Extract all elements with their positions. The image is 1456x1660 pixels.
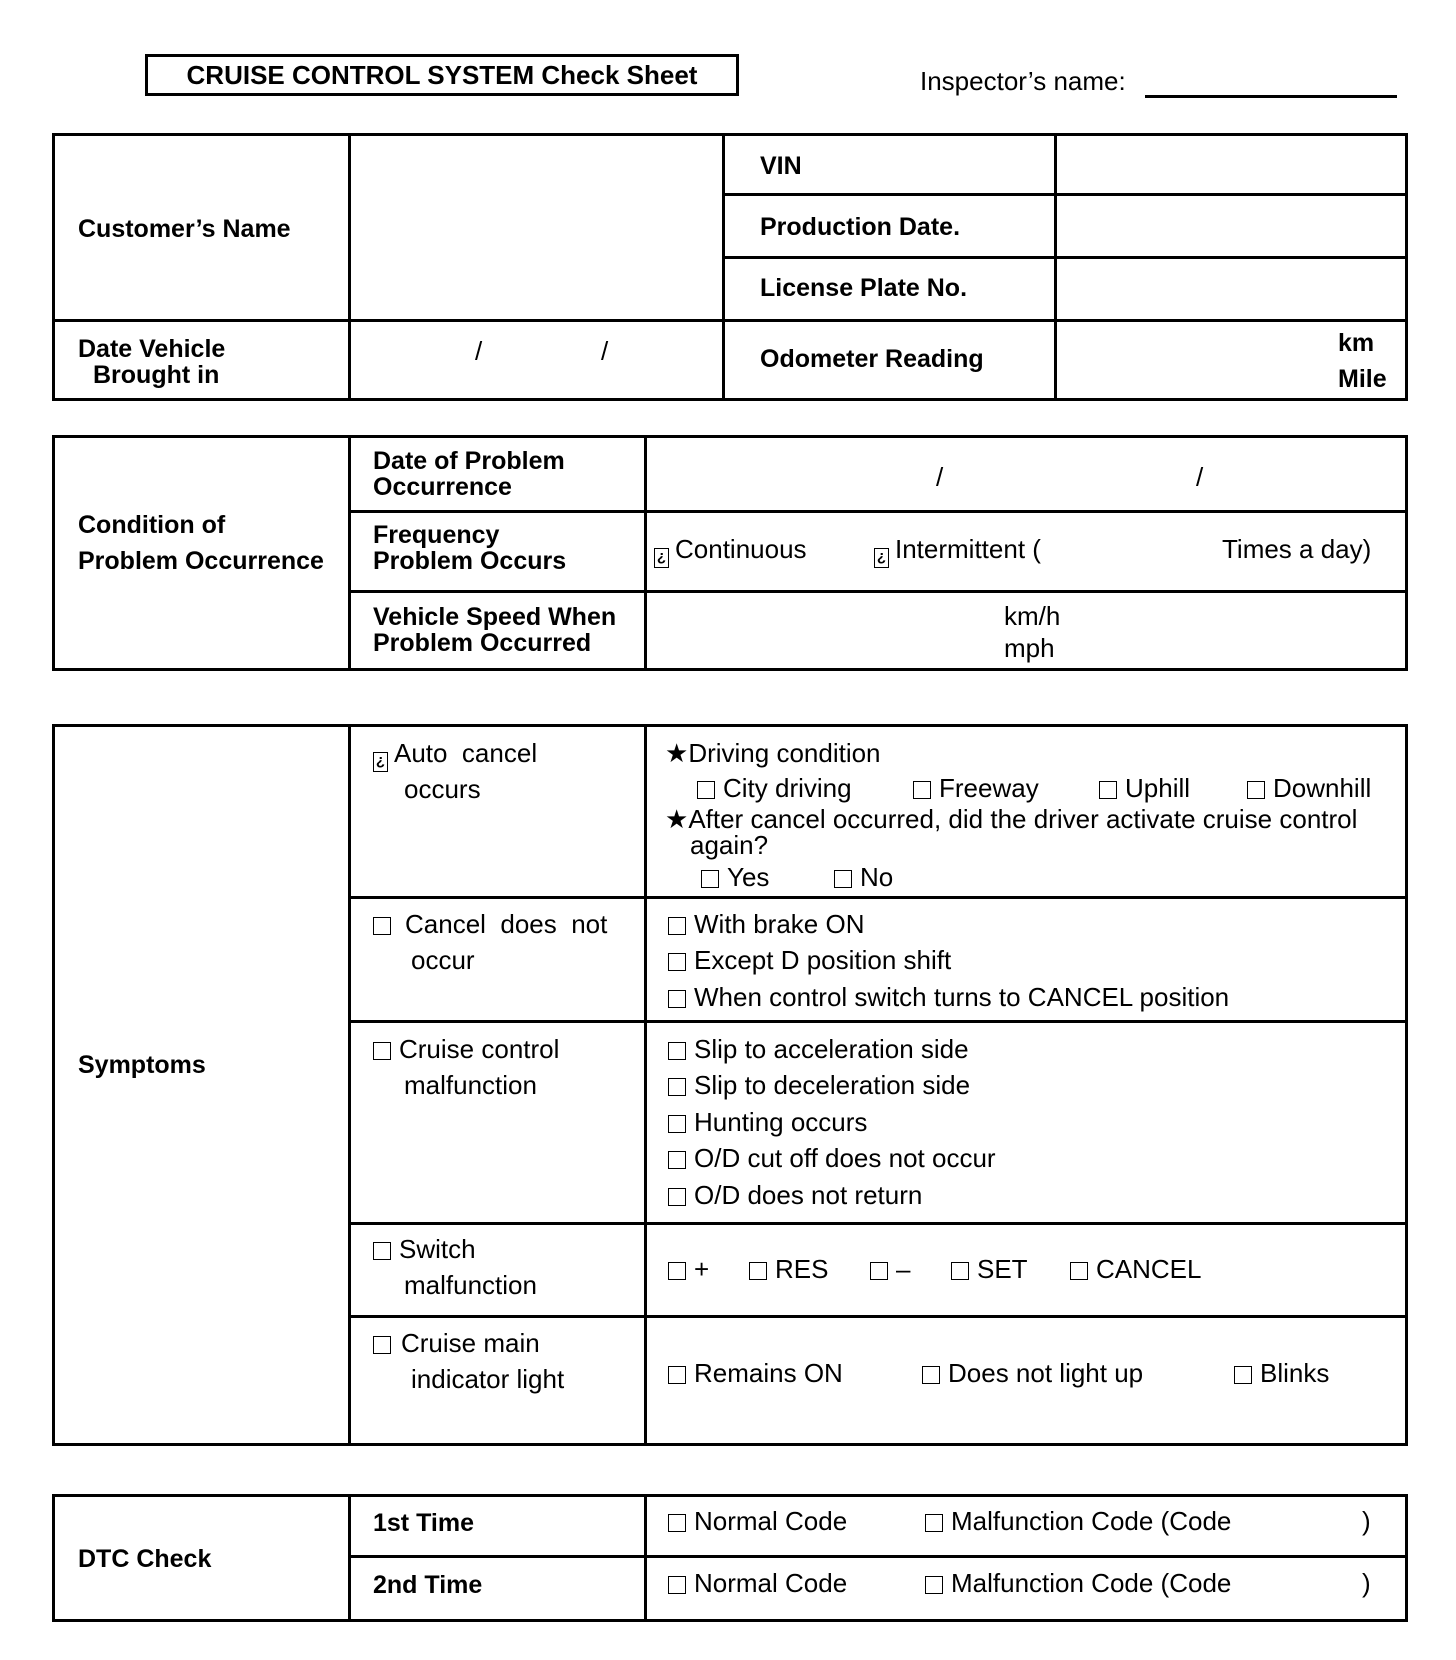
reactivate-question-line2: again? — [690, 830, 768, 860]
reactivate-option-yes[interactable]: Yes — [701, 862, 769, 892]
driving-option-freeway[interactable]: Freeway — [913, 773, 1039, 803]
date-separator: / — [475, 336, 482, 366]
symptom-cancel-not-occur-line2: occur — [411, 945, 475, 975]
frequency-option-continuous[interactable]: ¿Continuous — [654, 534, 807, 568]
dtc-second-malfunction[interactable]: Malfunction Code (Code — [925, 1568, 1231, 1598]
checkbox[interactable] — [668, 1151, 686, 1169]
checkbox[interactable]: ¿ — [874, 548, 889, 568]
checkbox[interactable] — [951, 1262, 969, 1280]
checkbox[interactable] — [668, 953, 686, 971]
condition-label-line2: Problem Occurrence — [78, 548, 324, 574]
malfunction-option[interactable]: O/D does not return — [668, 1180, 922, 1210]
symptom-cruise-malfunction[interactable]: Cruise control — [373, 1034, 559, 1064]
checkbox[interactable] — [697, 781, 715, 799]
problem-date-label-line2: Occurrence — [373, 474, 512, 500]
switch-option-res[interactable]: RES — [749, 1254, 828, 1284]
frequency-label-line2: Problem Occurs — [373, 548, 566, 574]
driving-condition-heading: ★Driving condition — [665, 738, 881, 768]
checkbox[interactable] — [925, 1514, 943, 1532]
checkbox[interactable] — [1070, 1262, 1088, 1280]
inspector-name-field[interactable] — [1145, 95, 1397, 98]
speed-label-line2: Problem Occurred — [373, 630, 591, 656]
frequency-option-intermittent[interactable]: ¿Intermittent ( — [874, 534, 1041, 568]
symptoms-label: Symptoms — [78, 1052, 206, 1078]
checkbox[interactable] — [1247, 781, 1265, 799]
driving-option-city[interactable]: City driving — [697, 773, 852, 803]
reactivate-question: ★After cancel occurred, did the driver a… — [665, 804, 1357, 834]
frequency-label-line1: Frequency — [373, 522, 499, 548]
checkbox[interactable] — [749, 1262, 767, 1280]
checkbox[interactable]: ¿ — [373, 752, 388, 772]
switch-option-plus[interactable]: + — [668, 1254, 709, 1284]
checkbox[interactable] — [668, 1115, 686, 1133]
date-brought-in-label-line1: Date Vehicle — [78, 336, 225, 362]
checkbox[interactable] — [373, 1042, 391, 1060]
sheet-title: CRUISE CONTROL SYSTEM Check Sheet — [145, 54, 739, 96]
switch-option-set[interactable]: SET — [951, 1254, 1028, 1284]
symptom-switch-malfunction[interactable]: Switch — [373, 1234, 476, 1264]
symptom-switch-malfunction-line2: malfunction — [404, 1270, 537, 1300]
switch-option-minus[interactable]: – — [870, 1254, 910, 1284]
symptom-auto-cancel[interactable]: ¿Auto cancel — [373, 738, 537, 772]
symptom-indicator-light-line2: indicator light — [411, 1364, 564, 1394]
checkbox[interactable] — [701, 870, 719, 888]
symptom-auto-cancel-line2: occurs — [404, 774, 481, 804]
speed-unit-kmh: km/h — [1004, 601, 1060, 631]
checkbox[interactable] — [925, 1576, 943, 1594]
customer-name-label: Customer’s Name — [78, 216, 291, 242]
indicator-option-remains-on[interactable]: Remains ON — [668, 1358, 843, 1388]
dtc-second-time-label: 2nd Time — [373, 1572, 482, 1598]
date-separator: / — [601, 336, 608, 366]
checkbox[interactable] — [373, 1242, 391, 1260]
checkbox[interactable] — [668, 1366, 686, 1384]
checkbox[interactable] — [668, 990, 686, 1008]
times-a-day-label: Times a day) — [1222, 534, 1371, 564]
inspector-name-label: Inspector’s name: — [920, 66, 1126, 97]
indicator-option-blinks[interactable]: Blinks — [1234, 1358, 1329, 1388]
dtc-first-close-paren: ) — [1362, 1506, 1371, 1536]
symptom-cancel-not-occur[interactable]: Cancel does not — [373, 909, 607, 939]
odometer-unit-mile: Mile — [1338, 366, 1387, 392]
odometer-unit-km: km — [1338, 330, 1374, 356]
driving-option-uphill[interactable]: Uphill — [1099, 773, 1190, 803]
checkbox[interactable] — [373, 1336, 391, 1354]
date-brought-in-label-line2: Brought in — [93, 362, 219, 388]
dtc-first-malfunction[interactable]: Malfunction Code (Code — [925, 1506, 1231, 1536]
dtc-first-time-label: 1st Time — [373, 1510, 474, 1536]
checkbox[interactable] — [668, 1262, 686, 1280]
checkbox[interactable] — [373, 917, 391, 935]
production-date-label: Production Date. — [760, 214, 960, 240]
dtc-check-label: DTC Check — [78, 1546, 211, 1572]
odometer-field[interactable] — [1058, 323, 1328, 397]
symptom-indicator-light[interactable]: Cruise main — [373, 1328, 540, 1358]
malfunction-option[interactable]: Slip to deceleration side — [668, 1070, 970, 1100]
checkbox[interactable] — [913, 781, 931, 799]
symptom-cruise-malfunction-line2: malfunction — [404, 1070, 537, 1100]
malfunction-option[interactable]: Slip to acceleration side — [668, 1034, 969, 1064]
problem-date-label-line1: Date of Problem — [373, 448, 565, 474]
dtc-second-normal[interactable]: Normal Code — [668, 1568, 847, 1598]
checkbox[interactable] — [668, 1514, 686, 1532]
speed-field[interactable] — [648, 594, 998, 668]
condition-label-line1: Condition of — [78, 512, 225, 538]
star-icon: ★ — [665, 804, 688, 834]
checkbox[interactable] — [668, 917, 686, 935]
speed-label-line1: Vehicle Speed When — [373, 604, 616, 630]
problem-date-separator: / — [1196, 462, 1203, 492]
checkbox[interactable] — [668, 1078, 686, 1096]
vin-field[interactable] — [1058, 137, 1404, 191]
checkbox[interactable] — [834, 870, 852, 888]
reactivate-option-no[interactable]: No — [834, 862, 893, 892]
switch-option-cancel[interactable]: CANCEL — [1070, 1254, 1201, 1284]
vin-label: VIN — [760, 153, 802, 179]
checkbox[interactable] — [870, 1262, 888, 1280]
star-icon: ★ — [665, 738, 688, 768]
checkbox[interactable] — [922, 1366, 940, 1384]
customer-name-field[interactable] — [352, 137, 720, 317]
checkbox[interactable] — [668, 1576, 686, 1594]
malfunction-option[interactable]: Hunting occurs — [668, 1107, 867, 1137]
checkbox[interactable] — [668, 1042, 686, 1060]
cancel-option[interactable]: With brake ON — [668, 909, 865, 939]
checkbox[interactable]: ¿ — [654, 548, 669, 568]
checkbox[interactable] — [1099, 781, 1117, 799]
dtc-second-close-paren: ) — [1362, 1568, 1371, 1598]
checkbox[interactable] — [668, 1188, 686, 1206]
production-date-field[interactable] — [1058, 197, 1404, 254]
checkbox[interactable] — [1234, 1366, 1252, 1384]
malfunction-option[interactable]: O/D cut off does not occur — [668, 1143, 996, 1173]
odometer-label: Odometer Reading — [760, 346, 984, 372]
cancel-option[interactable]: Except D position shift — [668, 945, 951, 975]
speed-unit-mph: mph — [1004, 633, 1055, 663]
indicator-option-not-light[interactable]: Does not light up — [922, 1358, 1143, 1388]
cancel-option[interactable]: When control switch turns to CANCEL posi… — [668, 982, 1229, 1012]
dtc-first-normal[interactable]: Normal Code — [668, 1506, 847, 1536]
license-plate-field[interactable] — [1058, 260, 1404, 317]
driving-option-downhill[interactable]: Downhill — [1247, 773, 1371, 803]
license-plate-label: License Plate No. — [760, 275, 967, 301]
problem-date-separator: / — [936, 462, 943, 492]
